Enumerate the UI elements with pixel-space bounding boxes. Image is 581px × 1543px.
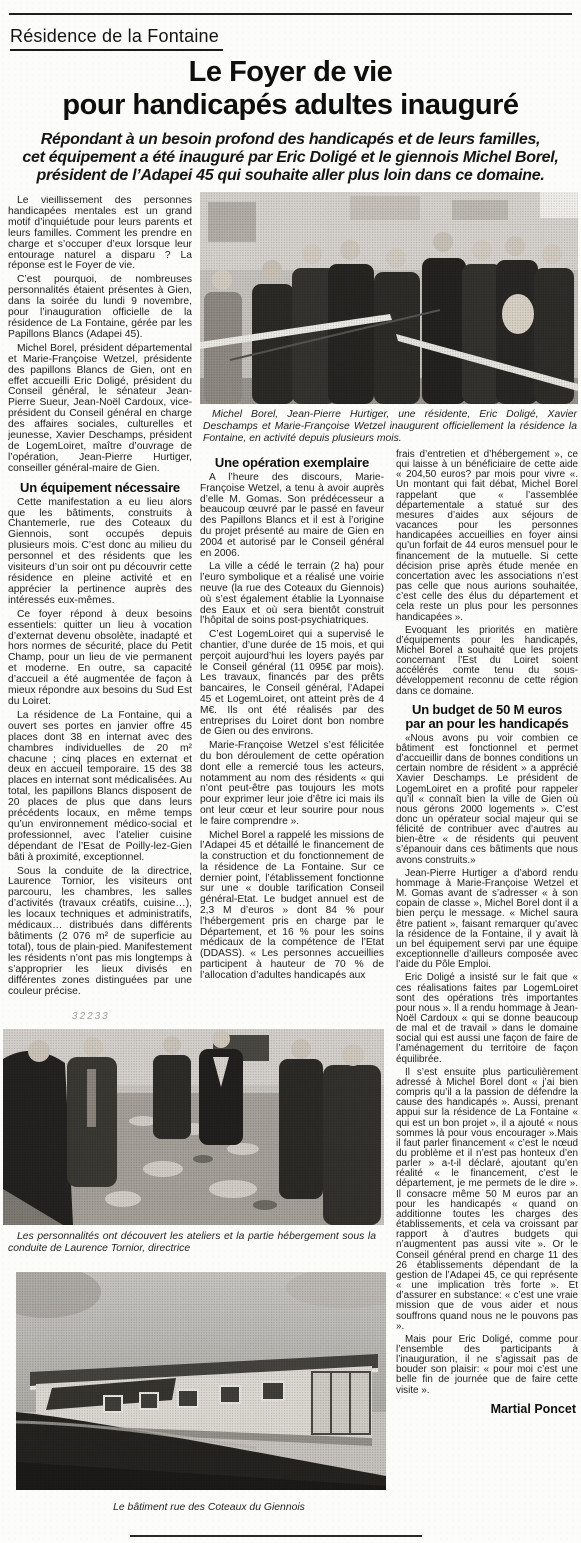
column-right: frais d’entretien et d’hébergement », ce… <box>396 450 578 1414</box>
photo-ribbon-cutting <box>200 192 578 404</box>
byline: Martial Poncet <box>396 1404 578 1414</box>
paragraph: Ce foyer répond à deux besoins essentiel… <box>8 610 192 708</box>
paragraph: frais d’entretien et d’hébergement », ce… <box>396 450 578 623</box>
newspaper-page: Résidence de la Fontaine Le Foyer de vie… <box>0 0 581 1543</box>
paragraph: Evoquant les priorités en matière d’équi… <box>396 626 578 697</box>
paragraph: Cette manifestation a eu lieu alors que … <box>8 498 192 607</box>
photo-workshop-visit <box>3 1029 384 1225</box>
photo-building <box>16 1272 386 1490</box>
paragraph: Jean-Pierre Hurtiger a d’abord rendu hom… <box>396 869 578 971</box>
paragraph: La résidence de La Fontaine, qui a ouver… <box>8 711 192 864</box>
press-registration-mark: 32233 <box>71 1011 111 1022</box>
bottom-rule <box>130 1535 422 1537</box>
paragraph: Il s’est ensuite plus particulièrement a… <box>396 1068 578 1332</box>
paragraph: Michel Borel, président départemental et… <box>8 344 192 475</box>
caption-ribbon-cutting: Michel Borel, Jean-Pierre Hurtiger, une … <box>203 409 577 445</box>
deck: Répondant à un besoin profond des handic… <box>0 131 581 185</box>
paragraph: Marie-Françoise Wetzel s’est félicitée d… <box>200 741 384 827</box>
paragraph: Michel Borel a rappelé les missions de l… <box>200 831 384 982</box>
workshop-visit-illustration <box>3 1029 384 1225</box>
caption-building: Le bâtiment rue des Coteaux du Giennois <box>16 1502 402 1514</box>
top-rule <box>9 13 572 15</box>
headline: Le Foyer de vie pour handicapés adultes … <box>0 56 581 122</box>
subhead-budget-line1: Un budget de 50 M euros <box>396 703 578 717</box>
deck-line-3: président de l’Adapei 45 qui souhaite al… <box>0 167 581 185</box>
paragraph: Mais pour Eric Doligé, comme pour l’ense… <box>396 1335 578 1396</box>
subhead-budget: Un budget de 50 M euros par an pour les … <box>396 703 578 731</box>
paragraph: A l’heure des discours, Marie-Françoise … <box>200 473 384 559</box>
subhead-operation-exemplaire: Une opération exemplaire <box>200 456 384 470</box>
column-middle: Une opération exemplaire A l’heure des d… <box>200 456 384 1026</box>
subhead-equipement-necessaire: Un équipement nécessaire <box>8 481 192 495</box>
subhead-budget-line2: par an pour les handicapés <box>396 717 578 731</box>
kicker: Résidence de la Fontaine <box>10 26 223 51</box>
building-illustration <box>16 1272 386 1490</box>
ribbon-cutting-illustration <box>200 192 578 404</box>
deck-line-1: Répondant à un besoin profond des handic… <box>0 131 581 149</box>
paragraph: Sous la conduite de la directrice, Laure… <box>8 867 192 998</box>
paragraph: C’est pourquoi, de nombreuses personnali… <box>8 275 192 340</box>
paragraph: Le vieillissement des personnes handicap… <box>8 196 192 272</box>
paragraph: C’est LogemLoiret qui a supervisé le cha… <box>200 630 384 738</box>
headline-line2: pour handicapés adultes inauguré <box>0 89 581 122</box>
headline-line1: Le Foyer de vie <box>0 56 581 89</box>
caption-workshop-visit: Les personnalités ont découvert les atel… <box>8 1231 376 1255</box>
paragraph: La ville a cédé le terrain (2 ha) pour l… <box>200 562 384 627</box>
paragraph: Eric Doligé a insisté sur le fait que « … <box>396 973 578 1064</box>
deck-line-2: cet équipement a été inauguré par Eric D… <box>0 149 581 167</box>
column-left: Le vieillissement des personnes handicap… <box>8 196 192 1022</box>
paragraph: «Nous avons pu voir combien ce bâtiment … <box>396 734 578 866</box>
